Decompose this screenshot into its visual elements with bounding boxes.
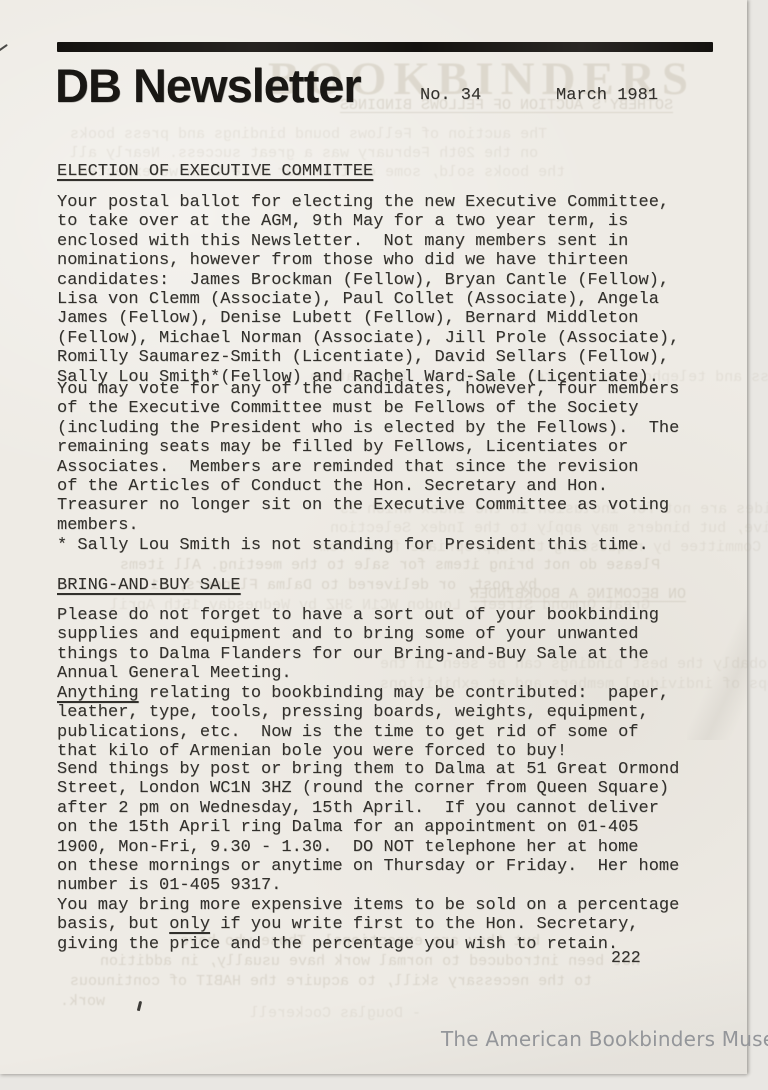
pen-mark-top-left — [0, 44, 8, 53]
section-heading-bring-and-buy: BRING-AND-BUY SALE — [57, 576, 727, 595]
scanned-newsletter-page: BOOKBINDERS SOTHEBY'S AUCTION OF FELLOWS… — [0, 0, 768, 1090]
paragraph-expensive-items: You may bring more expensive items to be… — [57, 896, 727, 954]
issue-date: March 1981 — [556, 86, 658, 105]
footnote-sally-lou-smith: * Sally Lou Smith is not standing for Pr… — [57, 536, 727, 555]
masthead-rule — [57, 42, 713, 52]
paragraph-voting-rules: You may vote for any of the candidates, … — [57, 380, 727, 535]
paragraph-delivery-instructions: Send things by post or bring them to Dal… — [57, 760, 727, 896]
section-heading-election: ELECTION OF EXECUTIVE COMMITTEE — [57, 162, 727, 181]
paragraph-ballot: Your postal ballot for electing the new … — [57, 193, 727, 387]
underlined-word-only: only — [169, 915, 210, 934]
issue-number: No. 34 — [420, 86, 481, 105]
newsletter-content: DB Newsletter No. 34 March 1981 ELECTION… — [0, 0, 768, 1090]
underlined-word-anything: Anything — [57, 684, 139, 703]
paragraph-contributions-rest: relating to bookbinding may be contribut… — [57, 684, 669, 761]
page-number: 222 — [611, 948, 641, 967]
museum-watermark: The American Bookbinders Museum — [441, 1027, 768, 1051]
newsletter-title: DB Newsletter — [55, 58, 361, 113]
paragraph-contributions: Anything relating to bookbinding may be … — [57, 684, 727, 762]
paragraph-sort-out: Please do not forget to have a sort out … — [57, 606, 727, 684]
pen-mark-bottom-left — [137, 1001, 142, 1011]
